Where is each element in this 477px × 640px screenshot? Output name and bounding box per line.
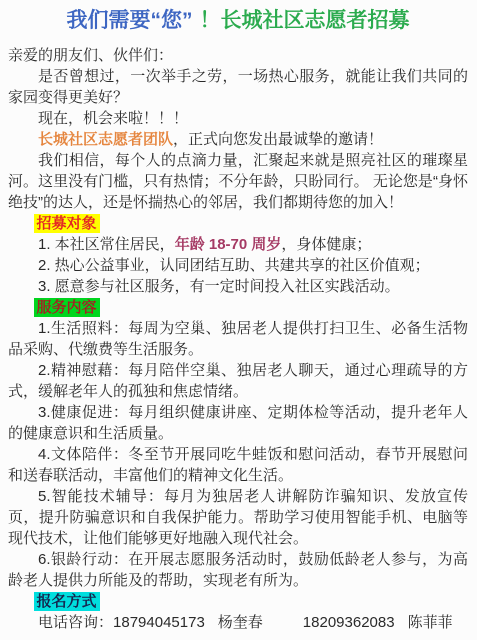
service-item-5: 5.智能技术辅导：每月为独居老人讲解防诈骗知识、发放宣传页，提升防骗意识和自我保… <box>8 486 468 549</box>
recruitment-item-1: 1. 本社区常住居民，年龄 18-70 周岁，身体健康； <box>8 234 468 255</box>
intro-paragraph-1: 是否曾想过，一次举手之劳，一场热心服务，就能让我们共同的家园变得更美好？ <box>8 66 468 108</box>
contact-line: 电话咨询：18794045173杨奎春18209362083陈菲菲 <box>8 612 468 633</box>
salutation: 亲爱的朋友们、伙伴们： <box>8 45 468 66</box>
service-item-6: 6.银龄行动：在开展志愿服务活动时，鼓励低龄老人参与，为高龄老人提供力所能及的帮… <box>8 549 468 591</box>
services-section: 服务内容 <box>8 297 468 318</box>
contact-name-2: 陈菲菲 <box>408 614 453 631</box>
signup-heading: 报名方式 <box>34 592 100 611</box>
invitation-line: 长城社区志愿者团队，正式向您发出最诚挚的邀请！ <box>8 129 468 150</box>
service-item-4: 4.文体陪伴：冬至节开展同吃牛蛙饭和慰问活动，春节开展慰问和送春联活动，丰富他们… <box>8 444 468 486</box>
services-heading: 服务内容 <box>34 298 100 317</box>
recruitment-item-1-pre: 1. 本社区常住居民， <box>38 236 175 253</box>
recruitment-item-3: 3. 愿意参与社区服务，有一定时间投入社区实践活动。 <box>8 276 468 297</box>
recruitment-item-2: 2. 热心公益事业，认同团结互助、共建共享的社区价值观； <box>8 255 468 276</box>
age-range: 年龄 18-70 周岁 <box>175 236 282 253</box>
page-title: 我们需要“您”！长城社区志愿者招募 <box>8 8 468 34</box>
recruitment-item-1-post: ，身体健康； <box>281 236 371 253</box>
title-part-green: ！长城社区志愿者招募 <box>200 9 410 32</box>
service-item-1: 1.生活照料：每周为空巢、独居老人提供打扫卫生、必备生活物品采购、代缴费等生活服… <box>8 318 468 360</box>
contact-label: 电话咨询： <box>38 614 113 631</box>
team-name: 长城社区志愿者团队 <box>38 131 173 148</box>
invitation-rest: ，正式向您发出最诚挚的邀请！ <box>173 131 383 148</box>
phone-number-2: 18209362083 <box>303 614 395 631</box>
recruitment-heading: 招募对象 <box>34 214 100 233</box>
recruitment-section: 招募对象 <box>8 213 468 234</box>
intro-paragraph-3: 我们相信，每个人的点滴力量，汇聚起来就是照亮社区的璀璨星河。这里没有门槛，只有热… <box>8 150 468 213</box>
service-item-3: 3.健康促进：每月组织健康讲座、定期体检等活动，提升老年人的健康意识和生活质量。 <box>8 402 468 444</box>
intro-paragraph-2: 现在，机会来啦！！！ <box>8 108 468 129</box>
volunteer-recruitment-flyer: 我们需要“您”！长城社区志愿者招募 亲爱的朋友们、伙伴们： 是否曾想过，一次举手… <box>0 0 477 633</box>
signup-section: 报名方式 <box>8 591 468 612</box>
title-part-blue: 我们需要“您” <box>67 9 193 32</box>
service-item-2: 2.精神慰藉：每月陪伴空巢、独居老人聊天，通过心理疏导的方式，缓解老年人的孤独和… <box>8 360 468 402</box>
contact-name-1: 杨奎春 <box>218 614 263 631</box>
phone-number-1: 18794045173 <box>113 614 205 631</box>
